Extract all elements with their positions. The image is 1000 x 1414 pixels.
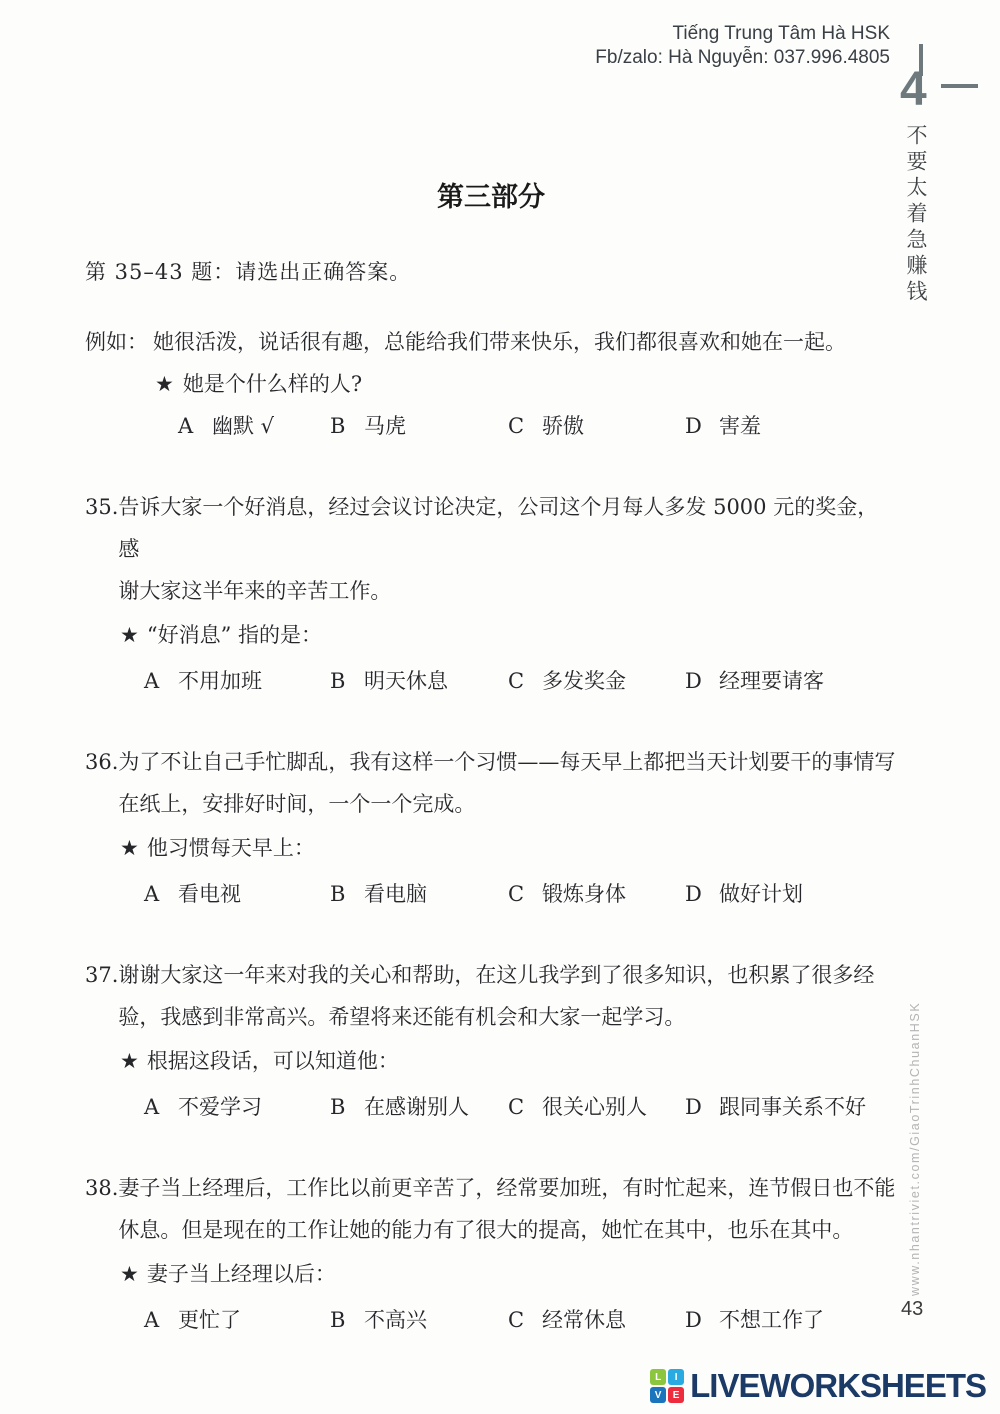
star-icon: ★ xyxy=(120,833,139,863)
option-a[interactable]: A不用加班 xyxy=(144,666,330,696)
option-a[interactable]: A不爱学习 xyxy=(144,1092,330,1122)
header-center-name: Tiếng Trung Tâm Hà HSK xyxy=(595,22,890,46)
option-d[interactable]: D不想工作了 xyxy=(685,1305,897,1335)
option-c[interactable]: C多发奖金 xyxy=(508,666,685,696)
example-prompt: ★ 她是个什么样的人? xyxy=(155,369,897,399)
option-d[interactable]: D经理要请客 xyxy=(685,666,897,696)
question-prompt: ★ 他习惯每天早上： xyxy=(120,833,897,863)
chapter-number: 4 xyxy=(900,64,927,116)
example-options: A幽默 √ B马虎 C骄傲 D害羞 xyxy=(85,411,897,441)
example-option-c[interactable]: C骄傲 xyxy=(508,411,685,441)
question-number: 37. xyxy=(85,954,118,1038)
example-question: 她是个什么样的人? xyxy=(183,369,362,399)
question-number: 38. xyxy=(85,1167,118,1251)
side-url: www.nhantriviet.com/GiaoTrinhChuanHSK xyxy=(908,1002,922,1296)
example-label: 例如： xyxy=(85,321,153,363)
question-number: 35. xyxy=(85,486,118,612)
correct-answer-checkmark: √ xyxy=(254,414,274,438)
star-icon: ★ xyxy=(120,620,139,650)
option-a[interactable]: A看电视 xyxy=(144,879,330,909)
question-prompt: ★ 根据这段话，可以知道他： xyxy=(120,1046,897,1076)
star-icon: ★ xyxy=(155,369,174,399)
chapter-title-vertical: 不要太着急赚钱 xyxy=(901,124,931,306)
header-contact-phone: Fb/zalo: Hà Nguyễn: 037.996.4805 xyxy=(595,46,890,70)
example-option-d[interactable]: D害羞 xyxy=(685,411,897,441)
option-b[interactable]: B不高兴 xyxy=(330,1305,508,1335)
option-d[interactable]: D做好计划 xyxy=(685,879,897,909)
question-number: 36. xyxy=(85,741,118,825)
question-prompt: ★ “好消息” 指的是： xyxy=(120,620,897,650)
question-36-options: A看电视 B看电脑 C锻炼身体 D做好计划 xyxy=(85,879,897,909)
example-block: 例如： 她很活泼，说话很有趣，总能给我们带来快乐，我们都很喜欢和她在一起。 ★ … xyxy=(85,321,897,441)
example-passage: 她很活泼，说话很有趣，总能给我们带来快乐，我们都很喜欢和她在一起。 xyxy=(153,321,846,363)
liveworksheets-grid-icon: L I V E xyxy=(650,1369,684,1403)
instruction: 第 35–43 题：请选出正确答案。 xyxy=(85,257,897,287)
question-35-options: A不用加班 B明天休息 C多发奖金 D经理要请客 xyxy=(85,666,897,696)
option-b[interactable]: B看电脑 xyxy=(330,879,508,909)
star-icon: ★ xyxy=(120,1259,139,1289)
question-35: 35. 告诉大家一个好消息，经过会议讨论决定，公司这个月每人多发 5000 元的… xyxy=(85,486,897,696)
example-option-a[interactable]: A幽默 √ xyxy=(178,411,330,441)
section-title: 第三部分 xyxy=(85,183,897,213)
option-d[interactable]: D跟同事关系不好 xyxy=(685,1092,897,1122)
question-38-options: A更忙了 B不高兴 C经常休息 D不想工作了 xyxy=(85,1305,897,1335)
question-passage: 为了不让自己手忙脚乱，我有这样一个习惯——每天早上都把当天计划要干的事情写 在纸… xyxy=(118,741,895,825)
option-c[interactable]: C很关心别人 xyxy=(508,1092,685,1122)
question-36: 36. 为了不让自己手忙脚乱，我有这样一个习惯——每天早上都把当天计划要干的事情… xyxy=(85,741,897,909)
worksheet-content: 第三部分 第 35–43 题：请选出正确答案。 例如： 她很活泼，说话很有趣，总… xyxy=(85,183,897,1335)
question-passage: 妻子当上经理后，工作比以前更辛苦了，经常要加班，有时忙起来，连节假日也不能 休息… xyxy=(118,1167,895,1251)
option-c[interactable]: C经常休息 xyxy=(508,1305,685,1335)
question-37-options: A不爱学习 B在感谢别人 C很关心别人 D跟同事关系不好 xyxy=(85,1092,897,1122)
question-38: 38. 妻子当上经理后，工作比以前更辛苦了，经常要加班，有时忙起来，连节假日也不… xyxy=(85,1167,897,1335)
liveworksheets-wordmark: LIVEWORKSHEETS xyxy=(690,1367,986,1405)
worksheet-page: Tiếng Trung Tâm Hà HSK Fb/zalo: Hà Nguyễ… xyxy=(0,0,1000,1414)
example-option-b[interactable]: B马虎 xyxy=(330,411,508,441)
option-b[interactable]: B在感谢别人 xyxy=(330,1092,508,1122)
page-number: 43 xyxy=(901,1298,923,1321)
chapter-tick-horizontal xyxy=(941,84,978,88)
liveworksheets-logo[interactable]: L I V E LIVEWORKSHEETS xyxy=(650,1367,986,1405)
question-37: 37. 谢谢大家这一年来对我的关心和帮助，在这儿我学到了很多知识，也积累了很多经… xyxy=(85,954,897,1122)
option-a[interactable]: A更忙了 xyxy=(144,1305,330,1335)
header-contact: Tiếng Trung Tâm Hà HSK Fb/zalo: Hà Nguyễ… xyxy=(595,22,890,70)
question-prompt: ★ 妻子当上经理以后： xyxy=(120,1259,897,1289)
option-b[interactable]: B明天休息 xyxy=(330,666,508,696)
question-passage: 告诉大家一个好消息，经过会议讨论决定，公司这个月每人多发 5000 元的奖金，感… xyxy=(118,486,897,612)
question-passage: 谢谢大家这一年来对我的关心和帮助，在这儿我学到了很多知识，也积累了很多经 验，我… xyxy=(118,954,874,1038)
star-icon: ★ xyxy=(120,1046,139,1076)
option-c[interactable]: C锻炼身体 xyxy=(508,879,685,909)
